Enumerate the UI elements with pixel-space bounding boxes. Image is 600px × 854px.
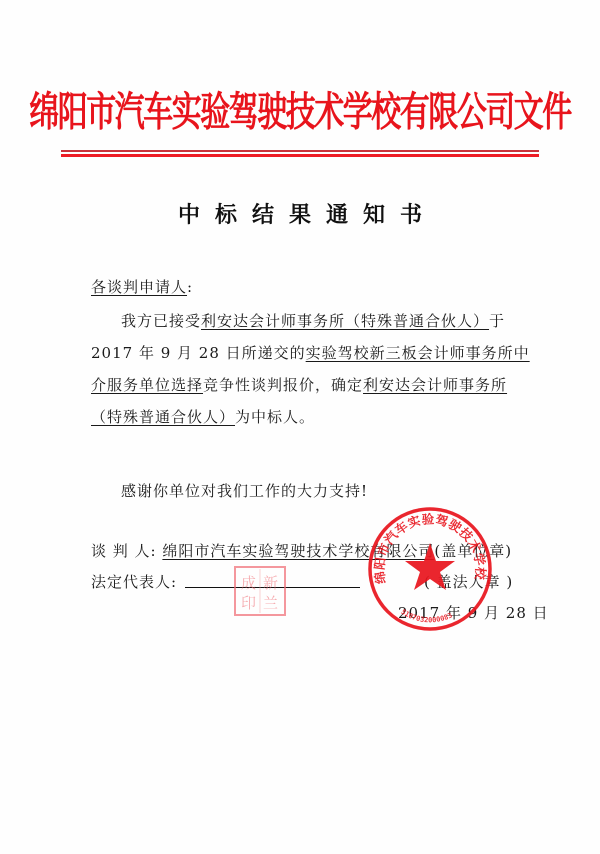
legal-rep-note: ( 盖法人章 ) <box>424 571 513 592</box>
svg-text:成: 成 <box>241 574 256 592</box>
submission-date-text: 2017 年 9 月 28 日所递交的 <box>91 344 306 362</box>
negotiator-line: 谈 判 人: 绵阳市汽车实验驾驶技术学校有限公司(盖单位章) <box>91 540 512 561</box>
project-name-part-1: 实验驾校新三板会计师事务所中 <box>306 344 530 362</box>
salutation-colon: : <box>187 278 193 296</box>
document-title: 中标结果通知书 <box>0 198 600 229</box>
document-date: 2017 年 9 月 28 日 <box>398 602 549 623</box>
project-name-part-2: 介服务单位选择 <box>91 376 203 394</box>
svg-text:兰: 兰 <box>263 594 278 612</box>
negotiator-value: 绵阳市汽车实验驾驶技术学校有限公司 <box>162 542 434 560</box>
signature-line <box>185 587 360 588</box>
text-segment: 我方已接受 <box>121 312 201 330</box>
name-stamp-icon: 成 新 印 兰 <box>232 564 288 618</box>
legal-rep-label: 法定代表人: <box>91 571 177 592</box>
paragraph-line-4: （特殊普通合伙人）为中标人。 <box>91 406 315 427</box>
svg-text:印: 印 <box>241 594 256 612</box>
letterhead-rule-thin <box>61 150 539 152</box>
paragraph-line-1: 我方已接受利安达会计师事务所（特殊普通合伙人）于 <box>121 310 505 331</box>
text-segment: 竞争性谈判报价，确定 <box>203 376 363 394</box>
paragraph-line-2: 2017 年 9 月 28 日所递交的实验驾校新三板会计师事务所中 <box>91 342 530 363</box>
paragraph-line-3: 介服务单位选择竞争性谈判报价，确定利安达会计师事务所 <box>91 374 507 395</box>
text-segment: 于 <box>489 312 505 330</box>
winning-bidder-name-part-2: （特殊普通合伙人） <box>91 408 235 426</box>
letterhead-rule-thick <box>61 154 539 157</box>
salutation: 各谈判申请人: <box>91 276 193 297</box>
svg-text:新: 新 <box>263 574 278 592</box>
text-segment: 为中标人。 <box>235 408 315 426</box>
organization-letterhead: 绵阳市汽车实验驾驶技术学校有限公司文件 <box>0 78 600 137</box>
document-page: 绵阳市汽车实验驾驶技术学校有限公司文件 中标结果通知书 各谈判申请人: 我方已接… <box>0 0 600 854</box>
thanks-line: 感谢你单位对我们工作的大力支持! <box>121 480 368 501</box>
winning-bidder-name-part-1: 利安达会计师事务所 <box>363 376 507 394</box>
negotiator-label: 谈 判 人: <box>91 542 157 560</box>
negotiator-note: (盖单位章) <box>434 542 512 560</box>
salutation-text: 各谈判申请人 <box>91 278 187 296</box>
winning-bidder-name: 利安达会计师事务所（特殊普通合伙人） <box>201 312 489 330</box>
